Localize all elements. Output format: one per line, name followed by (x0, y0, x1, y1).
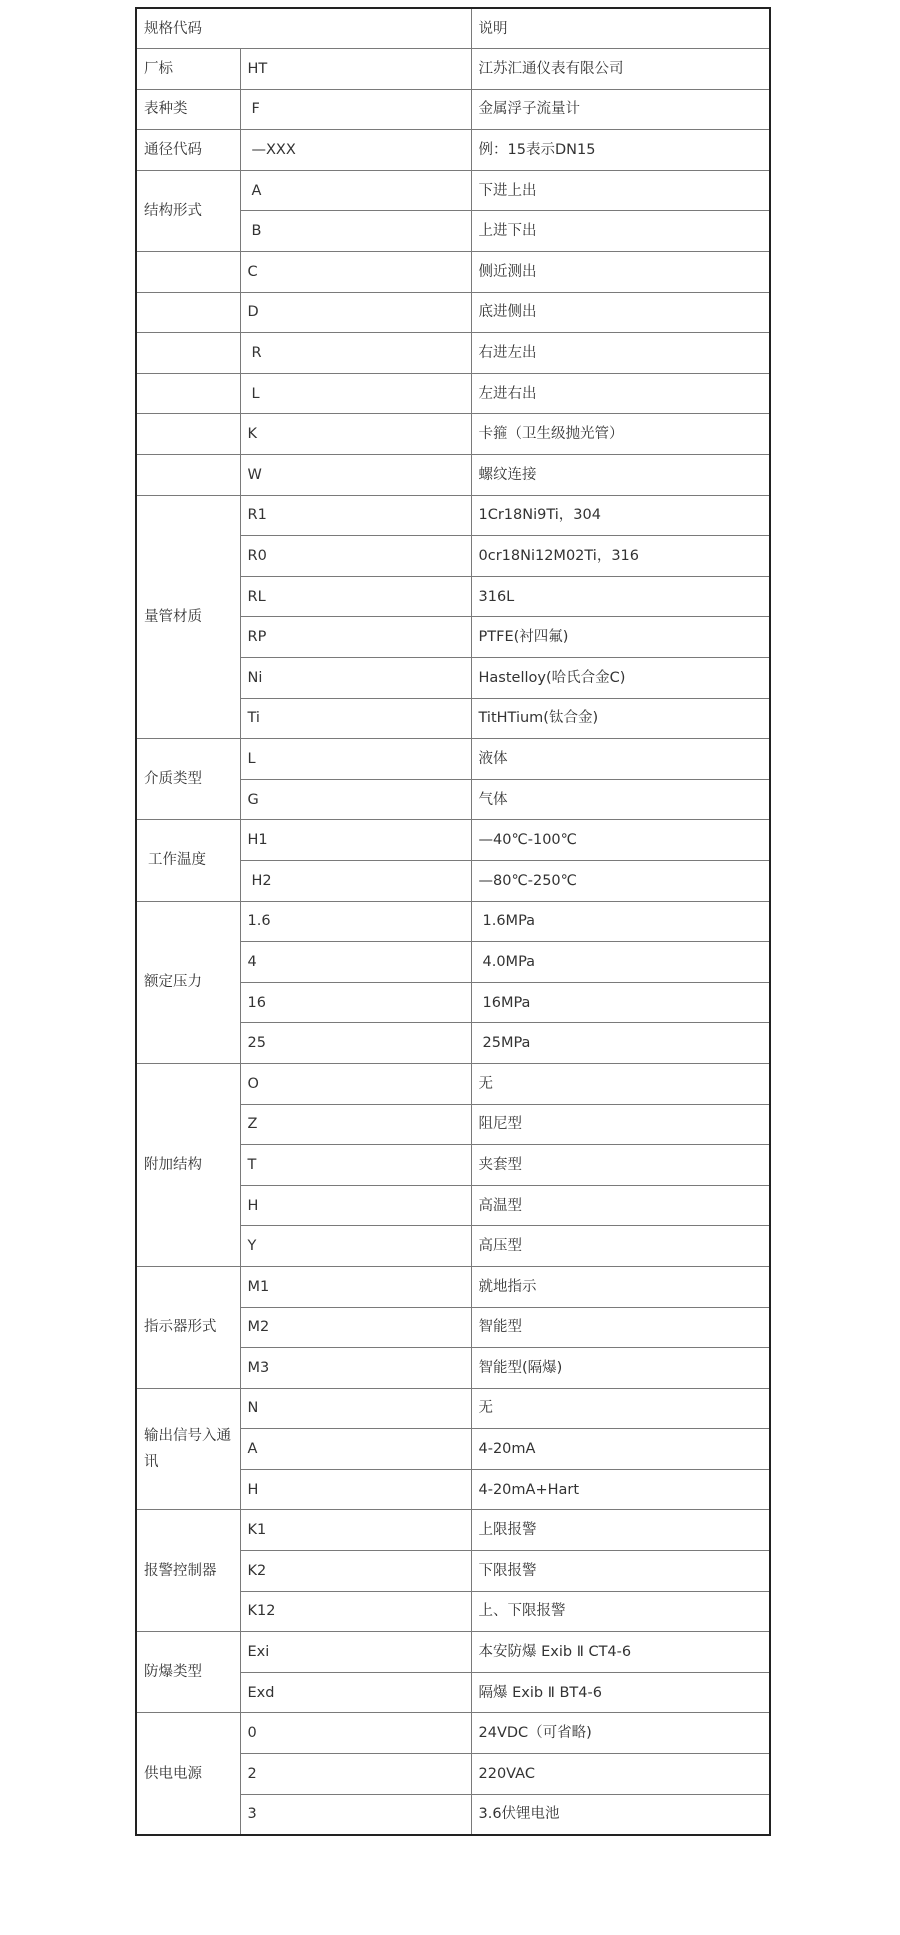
table-row: 供电电源024VDC（可省略) (136, 1713, 770, 1754)
spec-description: 无 (471, 1388, 770, 1429)
spec-code: O (240, 1063, 471, 1104)
spec-description: 4-20mA (471, 1429, 770, 1470)
table-row: D底进侧出 (136, 292, 770, 333)
spec-code: M3 (240, 1348, 471, 1389)
spec-description: 3.6伏锂电池 (471, 1794, 770, 1835)
spec-code: K (240, 414, 471, 455)
spec-code-table: 规格代码 说明 厂标HT江苏汇通仪表有限公司表种类F金属浮子流量计通径代码—XX… (135, 7, 771, 1836)
spec-description: 220VAC (471, 1754, 770, 1795)
spec-description: 右进左出 (471, 333, 770, 374)
header-desc-label: 说明 (471, 8, 770, 49)
spec-group-name (136, 292, 240, 333)
spec-description: Hastelloy(哈氏合金C) (471, 658, 770, 699)
spec-code: RP (240, 617, 471, 658)
spec-description: PTFE(衬四氟) (471, 617, 770, 658)
spec-group-name: 表种类 (136, 89, 240, 130)
spec-description: 24VDC（可省略) (471, 1713, 770, 1754)
spec-description: —40℃-100℃ (471, 820, 770, 861)
spec-group-name (136, 373, 240, 414)
spec-code: Ni (240, 658, 471, 699)
spec-code: K12 (240, 1591, 471, 1632)
spec-description: 夹套型 (471, 1145, 770, 1186)
spec-group-name (136, 333, 240, 374)
spec-description: 4.0MPa (471, 942, 770, 983)
spec-description: 智能型(隔爆) (471, 1348, 770, 1389)
spec-description: 例：15表示DN15 (471, 130, 770, 171)
spec-description: 隔爆 Exib Ⅱ BT4-6 (471, 1672, 770, 1713)
spec-code: A (240, 170, 471, 211)
spec-code: R (240, 333, 471, 374)
spec-description: 1Cr18Ni9Ti，304 (471, 495, 770, 536)
table-row: W螺纹连接 (136, 455, 770, 496)
spec-code: N (240, 1388, 471, 1429)
spec-code: Y (240, 1226, 471, 1267)
spec-description: 上进下出 (471, 211, 770, 252)
spec-code: —XXX (240, 130, 471, 171)
spec-description: 4-20mA+Hart (471, 1469, 770, 1510)
spec-code: A (240, 1429, 471, 1470)
spec-description: 无 (471, 1063, 770, 1104)
spec-description: 就地指示 (471, 1266, 770, 1307)
header-code-label: 规格代码 (136, 8, 471, 49)
spec-group-name: 厂标 (136, 49, 240, 90)
spec-description: 高温型 (471, 1185, 770, 1226)
table-row: 报警控制器K1上限报警 (136, 1510, 770, 1551)
spec-description: 智能型 (471, 1307, 770, 1348)
spec-code: RL (240, 576, 471, 617)
spec-code: L (240, 373, 471, 414)
spec-description: —80℃-250℃ (471, 860, 770, 901)
spec-code: H2 (240, 860, 471, 901)
spec-description: 1.6MPa (471, 901, 770, 942)
table-row: L左进右出 (136, 373, 770, 414)
spec-description: 金属浮子流量计 (471, 89, 770, 130)
spec-code: HT (240, 49, 471, 90)
spec-code: 16 (240, 982, 471, 1023)
spec-code: B (240, 211, 471, 252)
spec-code: H1 (240, 820, 471, 861)
spec-group-name: 通径代码 (136, 130, 240, 171)
spec-description: 0cr18Ni12M02Ti，316 (471, 536, 770, 577)
table-row: 防爆类型Exi本安防爆 Exib Ⅱ CT4-6 (136, 1632, 770, 1673)
spec-code: G (240, 779, 471, 820)
spec-code: T (240, 1145, 471, 1186)
spec-group-name: 输出信号入通讯 (136, 1388, 240, 1510)
spec-description: 16MPa (471, 982, 770, 1023)
spec-code: W (240, 455, 471, 496)
spec-code: Z (240, 1104, 471, 1145)
spec-group-name: 工作温度 (136, 820, 240, 901)
spec-description: 阻尼型 (471, 1104, 770, 1145)
spec-code: R1 (240, 495, 471, 536)
table-row: 工作温度H1—40℃-100℃ (136, 820, 770, 861)
spec-code: H (240, 1469, 471, 1510)
table-row: 厂标HT江苏汇通仪表有限公司 (136, 49, 770, 90)
spec-group-name (136, 414, 240, 455)
spec-group-name: 附加结构 (136, 1063, 240, 1266)
table-row: R右进左出 (136, 333, 770, 374)
table-row: 介质类型L液体 (136, 739, 770, 780)
spec-description: 螺纹连接 (471, 455, 770, 496)
spec-group-name: 供电电源 (136, 1713, 240, 1835)
spec-code: M1 (240, 1266, 471, 1307)
spec-description: 上限报警 (471, 1510, 770, 1551)
spec-group-name: 报警控制器 (136, 1510, 240, 1632)
spec-code: K2 (240, 1551, 471, 1592)
spec-group-name: 额定压力 (136, 901, 240, 1063)
spec-description: 316L (471, 576, 770, 617)
table-row: K卡箍（卫生级抛光管） (136, 414, 770, 455)
spec-group-name: 防爆类型 (136, 1632, 240, 1713)
spec-description: 下进上出 (471, 170, 770, 211)
table-row: 附加结构O无 (136, 1063, 770, 1104)
spec-description: 本安防爆 Exib Ⅱ CT4-6 (471, 1632, 770, 1673)
spec-code: K1 (240, 1510, 471, 1551)
table-row: 额定压力1.61.6MPa (136, 901, 770, 942)
spec-code: 3 (240, 1794, 471, 1835)
spec-code: 2 (240, 1754, 471, 1795)
table-row: 量管材质R11Cr18Ni9Ti，304 (136, 495, 770, 536)
spec-group-name: 介质类型 (136, 739, 240, 820)
spec-code: R0 (240, 536, 471, 577)
spec-code: Ti (240, 698, 471, 739)
table-row: 指示器形式M1就地指示 (136, 1266, 770, 1307)
spec-code: Exi (240, 1632, 471, 1673)
spec-group-name: 量管材质 (136, 495, 240, 739)
spec-code: M2 (240, 1307, 471, 1348)
table-row: 输出信号入通讯N无 (136, 1388, 770, 1429)
spec-description: 上、下限报警 (471, 1591, 770, 1632)
spec-description: 侧近测出 (471, 252, 770, 293)
spec-description: 25MPa (471, 1023, 770, 1064)
spec-code: D (240, 292, 471, 333)
spec-code: 4 (240, 942, 471, 983)
spec-code: H (240, 1185, 471, 1226)
table-row: 通径代码—XXX例：15表示DN15 (136, 130, 770, 171)
spec-table-body: 规格代码 说明 厂标HT江苏汇通仪表有限公司表种类F金属浮子流量计通径代码—XX… (136, 8, 770, 1835)
spec-description: 液体 (471, 739, 770, 780)
table-header-row: 规格代码 说明 (136, 8, 770, 49)
table-row: 结构形式A下进上出 (136, 170, 770, 211)
spec-group-name (136, 455, 240, 496)
spec-description: 卡箍（卫生级抛光管） (471, 414, 770, 455)
spec-code: L (240, 739, 471, 780)
spec-description: 高压型 (471, 1226, 770, 1267)
spec-group-name: 指示器形式 (136, 1266, 240, 1388)
spec-code: C (240, 252, 471, 293)
spec-description: 江苏汇通仪表有限公司 (471, 49, 770, 90)
spec-code: 0 (240, 1713, 471, 1754)
table-row: C侧近测出 (136, 252, 770, 293)
table-row: 表种类F金属浮子流量计 (136, 89, 770, 130)
spec-code: 25 (240, 1023, 471, 1064)
spec-code: Exd (240, 1672, 471, 1713)
spec-description: 气体 (471, 779, 770, 820)
spec-group-name: 结构形式 (136, 170, 240, 251)
spec-description: 左进右出 (471, 373, 770, 414)
spec-description: TitHTium(钛合金) (471, 698, 770, 739)
spec-group-name (136, 252, 240, 293)
spec-code: 1.6 (240, 901, 471, 942)
spec-description: 下限报警 (471, 1551, 770, 1592)
spec-description: 底进侧出 (471, 292, 770, 333)
spec-code: F (240, 89, 471, 130)
